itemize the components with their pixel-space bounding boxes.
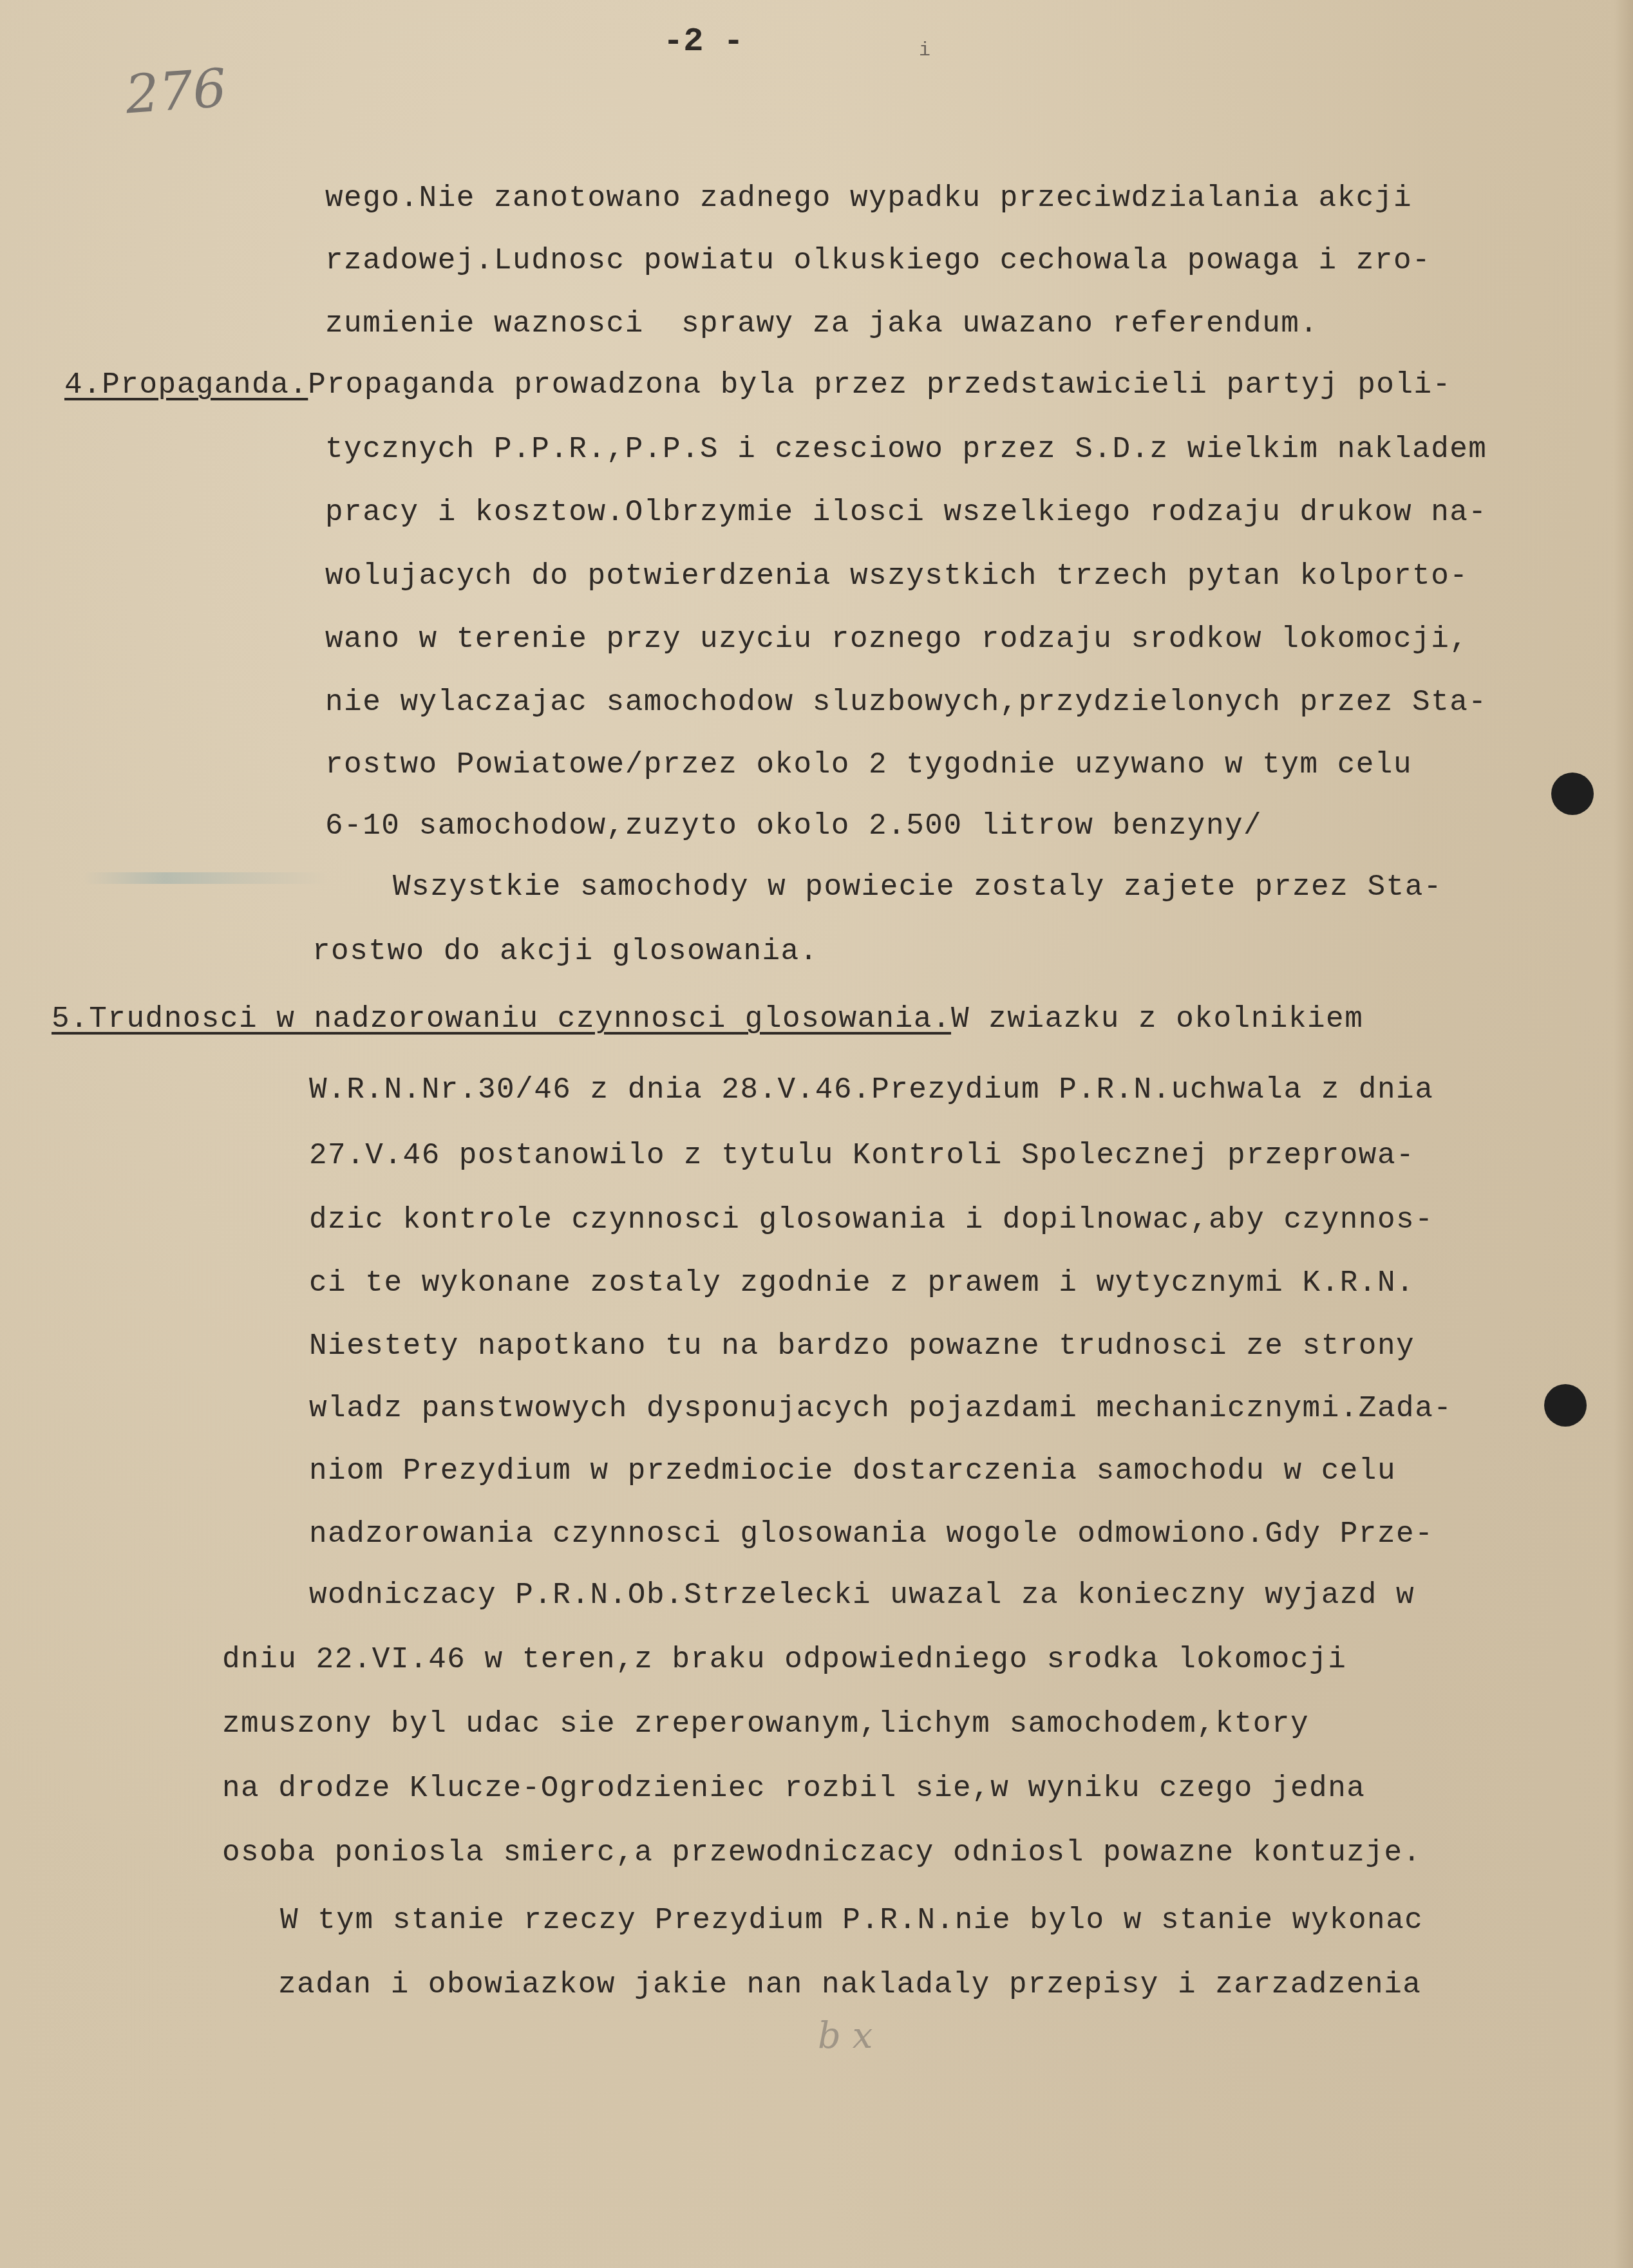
text-line: niom Prezydium w przedmiocie dostarczeni…	[309, 1456, 1396, 1486]
text-line: dniu 22.VI.46 w teren,z braku odpowiedni…	[222, 1645, 1346, 1674]
archival-number-handwritten: 276	[124, 58, 229, 126]
text-line: wolujacych do potwierdzenia wszystkich t…	[325, 561, 1468, 591]
tick-mark: i	[919, 40, 930, 62]
section-heading-trudnosci: 5.Trudnosci w nadzorowaniu czynnosci glo…	[52, 1002, 951, 1036]
text-line: 27.V.46 postanowilo z tytulu Kontroli Sp…	[309, 1141, 1415, 1170]
punch-hole-icon	[1544, 1384, 1587, 1427]
section-4-line: 4.Propaganda.Propaganda prowadzona byla …	[64, 370, 1451, 400]
handwritten-scribble: b x	[818, 2015, 873, 2057]
text-line: wano w terenie przy uzyciu roznego rodza…	[325, 624, 1468, 654]
text-line: zmuszony byl udac sie zreperowanym,lichy…	[222, 1709, 1309, 1739]
text-line: nadzorowania czynnosci glosowania wogole…	[309, 1519, 1433, 1549]
text-line: tycznych P.P.R.,P.P.S i czesciowo przez …	[325, 435, 1487, 464]
punch-hole-icon	[1551, 773, 1594, 815]
section-heading-propaganda: 4.Propaganda.	[64, 368, 308, 402]
text-line: wladz panstwowych dysponujacych pojazdam…	[309, 1394, 1452, 1423]
text-line: Propaganda prowadzona byla przez przedst…	[308, 368, 1451, 402]
text-line: Wszystkie samochody w powiecie zostaly z…	[393, 872, 1442, 902]
text-line: Niestety napotkano tu na bardzo powazne …	[309, 1331, 1415, 1361]
text-line: W zwiazku z okolnikiem	[951, 1002, 1363, 1036]
paper-edge-shadow	[1614, 0, 1633, 2268]
text-line: 6-10 samochodow,zuzyto okolo 2.500 litro…	[325, 811, 1262, 841]
text-line: zadan i obowiazkow jakie nan nakladaly p…	[278, 1970, 1421, 2000]
text-line: na drodze Klucze-Ogrodzieniec rozbil sie…	[222, 1774, 1365, 1803]
text-line: nie wylaczajac samochodow sluzbowych,prz…	[325, 688, 1487, 717]
text-line: osoba poniosla smierc,a przewodniczacy o…	[222, 1838, 1422, 1868]
text-line: rostwo Powiatowe/przez okolo 2 tygodnie …	[325, 750, 1412, 780]
text-line: W tym stanie rzeczy Prezydium P.R.N.nie …	[280, 1906, 1423, 1935]
text-line: dzic kontrole czynnosci glosowania i dop…	[309, 1205, 1433, 1235]
ink-smudge	[84, 872, 328, 884]
text-line: ci te wykonane zostaly zgodnie z prawem …	[309, 1268, 1415, 1298]
text-line: pracy i kosztow.Olbrzymie ilosci wszelki…	[325, 498, 1487, 527]
text-line: wego.Nie zanotowano zadnego wypadku prze…	[325, 183, 1412, 213]
text-line: zumienie waznosci sprawy za jaka uwazano…	[325, 309, 1319, 339]
text-line: rzadowej.Ludnosc powiatu olkuskiego cech…	[325, 246, 1431, 276]
text-line: W.R.N.Nr.30/46 z dnia 28.V.46.Prezydium …	[309, 1075, 1433, 1105]
page-number: -2 -	[663, 23, 744, 61]
section-5-line: 5.Trudnosci w nadzorowaniu czynnosci glo…	[52, 1004, 1363, 1034]
text-line: wodniczacy P.R.N.Ob.Strzelecki uwazal za…	[309, 1580, 1415, 1610]
text-line: rostwo do akcji glosowania.	[312, 937, 818, 966]
